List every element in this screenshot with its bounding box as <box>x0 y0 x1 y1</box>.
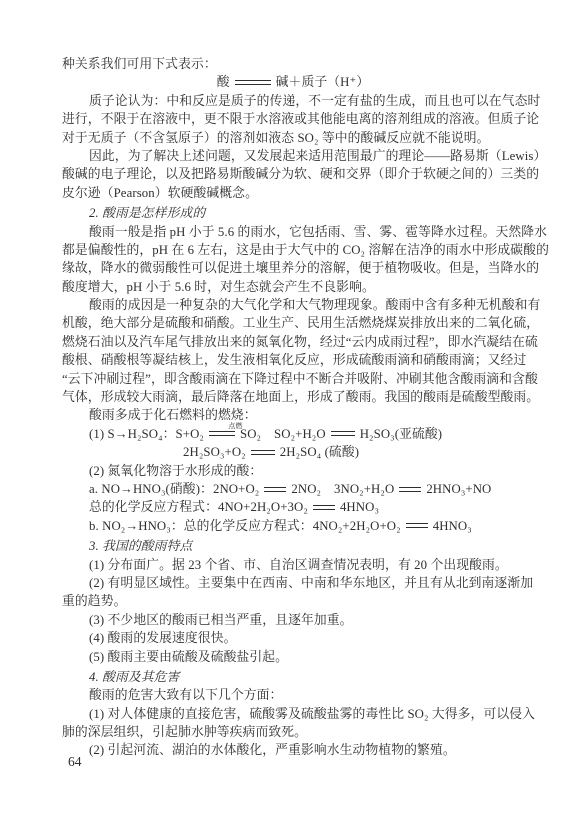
text-line: “云下冲刷过程”，即含酸雨滴在下降过程中不断合并吸附、冲刷其他含酸雨滴和含酸 <box>62 370 524 388</box>
page-content: 种关系我们可用下式表示：酸碱＋质子（H⁺）质子论认为：中和反应是质子的传递，不一… <box>62 55 524 760</box>
double-line-equals <box>264 487 286 492</box>
equation-text: 2H₂SO₄ (硫酸) <box>280 445 359 459</box>
text-line: 种关系我们可用下式表示： <box>62 55 524 73</box>
text-line: (3) 不少地区的酸雨已相当严重，且逐年加重。 <box>62 611 524 629</box>
equation-text: 酸 <box>217 75 230 89</box>
text-line: (1) 分布面广。据 23 个省、市、自治区调查情况表明，有 20 个出现酸雨。 <box>62 556 524 574</box>
text-line: 酸雨一般是指 pH 小于 5.6 的雨水，它包括雨、雪、雾、雹等降水过程。天然降… <box>62 223 524 241</box>
equation-text: H₂SO₃(亚硫酸) <box>360 427 442 441</box>
double-line-equals <box>331 431 355 436</box>
section-heading-4: 4. 酸雨及其危害 <box>62 668 524 686</box>
text-line: (5) 酸雨主要由硫酸及硫酸盐引起。 <box>62 648 524 666</box>
equation-text: 2H₂SO₃+O₂ <box>183 445 246 459</box>
text-line: (2) 氮氧化物溶于水形成的酸： <box>62 462 524 480</box>
equation-text: SO₂ SO₂+H₂O <box>240 427 326 441</box>
equation-text: 碱＋质子（H⁺） <box>276 75 370 89</box>
text-line: 皮尔逊（Pearson）软硬酸碱概念。 <box>62 184 524 202</box>
section-heading-2: 2. 酸雨是怎样形成的 <box>62 204 524 222</box>
text-line: 因此，为了解决上述问题，又发展起来适用范围最广的理论——路易斯（Lewis） <box>62 147 524 165</box>
text-line: 酸碱的电子理论，以及把路易斯酸碱分为软、硬和交界（即介于软硬之间的）三类的 <box>62 165 524 183</box>
equation-nitric-a: a. NO→HNO₃(硝酸)：2NO+O₂2NO₂ 3NO₂+H₂O2HNO₃+… <box>62 480 524 498</box>
double-line-equals <box>399 487 421 492</box>
double-line-equals <box>251 450 275 455</box>
double-line-equals <box>313 505 335 510</box>
equation-text: a. NO→HNO₃(硝酸)：2NO+O₂ <box>89 482 259 496</box>
equation-text: 4HNO₃ <box>340 500 379 514</box>
document-page: 种关系我们可用下式表示：酸碱＋质子（H⁺）质子论认为：中和反应是质子的传递，不一… <box>0 0 582 818</box>
text-line: 都是偏酸性的，pH 在 6 左右，这是由于大气中的 CO₂ 溶解在洁净的雨水中形… <box>62 241 524 259</box>
text-line: 进行，不限于在溶液中，更不限于水溶液或其他能电离的溶剂组成的溶液。但质子论 <box>62 110 524 128</box>
text-line: 肺的深层组织，引起肺水肿等疾病而致死。 <box>62 723 524 741</box>
acid-base-proton-formula: 酸碱＋质子（H⁺） <box>62 73 524 91</box>
equation-sulfuric-acid: 2H₂SO₃+O₂2H₂SO₄ (硫酸) <box>62 443 524 461</box>
equation-nitric-b-total: b. NO₂→HNO₃：总的化学反应方程式：4NO₂+2H₂O+O₂4HNO₃ <box>62 517 524 535</box>
text-line: 机酸，绝大部分是硫酸和硝酸。工业生产、民用生活燃烧煤炭排放出来的二氧化硫， <box>62 314 524 332</box>
text-line: 气体，形成较大雨滴，最后降落在地面上，形成了酸雨。我国的酸雨是硫酸型酸雨。 <box>62 388 524 406</box>
equation-text: 4HNO₃ <box>433 519 472 533</box>
equation-sulfur-combustion: (1) S→H₂SO₄：S+O₂点燃SO₂ SO₂+H₂OH₂SO₃(亚硫酸) <box>62 425 524 443</box>
text-line: 酸雨的危害大致有以下几个方面： <box>62 686 524 704</box>
equation-text: 总的化学反应方程式：4NO+2H₂O+3O₂ <box>89 500 308 514</box>
text-line: 酸根、硝酸根等凝结核上，发生液相氧化反应，形成硫酸雨滴和硝酸雨滴；又经过 <box>62 351 524 369</box>
text-line: 对于无质子（不含氢原子）的溶剂如液态 SO₂ 等中的酸碱反应就不能说明。 <box>62 129 524 147</box>
page-number: 64 <box>68 753 82 771</box>
reaction-condition-double-line: 点燃 <box>209 431 235 436</box>
text-line: 重的趋势。 <box>62 592 524 610</box>
text-line: (2) 有明显区域性。主要集中在西南、中南和华东地区，并且有从北到南逐渐加 <box>62 574 524 592</box>
double-line-equals <box>406 523 428 528</box>
equation-text: 2HNO₃+NO <box>426 482 491 496</box>
text-line: (1) 对人体健康的直接危害，硫酸雾及硫酸盐雾的毒性比 SO₂ 大得多，可以侵入 <box>62 705 524 723</box>
text-line: (2) 引起河流、湖泊的水体酸化，严重影响水生动物植物的繁殖。 <box>62 741 524 759</box>
equation-text: 2NO₂ 3NO₂+H₂O <box>291 482 394 496</box>
text-line: 酸度增大，pH 小于 5.6 时，对生态就会产生不良影响。 <box>62 278 524 296</box>
text-line: (4) 酸雨的发展速度很快。 <box>62 629 524 647</box>
equation-text: (1) S→H₂SO₄：S+O₂ <box>89 427 204 441</box>
reaction-condition-label: 点燃 <box>201 423 242 432</box>
text-line: 缘故，降水的微弱酸性可以促进土壤里养分的溶解，便于植物吸收。但是，当降水的 <box>62 259 524 277</box>
text-line: 酸雨的成因是一种复杂的大气化学和大气物理现象。酸雨中含有多种无机酸和有 <box>62 296 524 314</box>
double-line-equals <box>235 80 271 85</box>
equation-text: b. NO₂→HNO₃：总的化学反应方程式：4NO₂+2H₂O+O₂ <box>89 519 401 533</box>
equation-nitric-a-total: 总的化学反应方程式：4NO+2H₂O+3O₂4HNO₃ <box>62 498 524 516</box>
text-line: 质子论认为：中和反应是质子的传递，不一定有盐的生成，而且也可以在气态时 <box>62 92 524 110</box>
text-line: 酸雨多成于化石燃料的燃烧： <box>62 406 524 424</box>
section-heading-3: 3. 我国的酸雨特点 <box>62 537 524 555</box>
text-line: 燃烧石油以及汽车尾气排放出来的氮氧化物，经过“云内成雨过程”，即水汽凝结在硫 <box>62 333 524 351</box>
